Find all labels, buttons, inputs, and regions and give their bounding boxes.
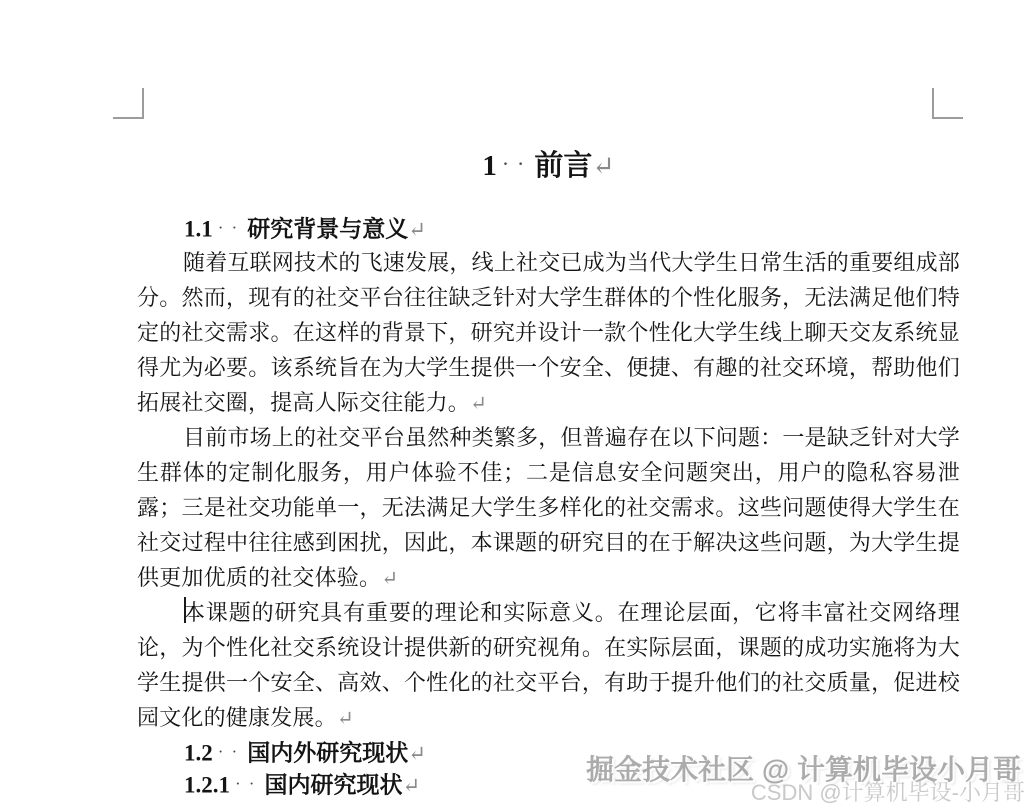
doc-title[interactable]: 1··前言↵ [137, 147, 960, 183]
heading-1-2-1[interactable]: 1.2.1··国内研究现状↵ [184, 769, 420, 801]
heading-1-2[interactable]: 1.2··国内外研究现状↵ [184, 737, 426, 769]
space-marks-icon: ·· [502, 152, 533, 176]
watermark-csdn: CSDN @计算机毕设-小月哥 [751, 776, 1025, 805]
heading-1-1[interactable]: 1.1··研究背景与意义↵ [184, 213, 426, 245]
paragraph-mark-icon: ↵ [381, 568, 398, 590]
space-marks-icon: ·· [235, 774, 263, 793]
doc-title-number: 1 [482, 150, 497, 182]
doc-title-text: 前言 [534, 150, 592, 182]
paragraph-text: 目前市场上的社交平台虽然种类繁多，但普遍存在以下问题：一是缺乏针对大学生群体的定… [137, 425, 960, 590]
paragraph-mark-icon: ↵ [403, 774, 421, 798]
body-paragraph-3[interactable]: 本课题的研究具有重要的理论和实际意义。在理论层面，它将丰富社交网络理论，为个性化… [137, 595, 960, 737]
paragraph-mark-icon: ↵ [470, 393, 487, 415]
document-page[interactable]: 1··前言↵ 1.1··研究背景与意义↵ 随着互联网技术的飞速发展，线上社交已成… [0, 0, 1027, 805]
heading-text: 国内外研究现状 [247, 741, 408, 766]
paragraph-mark-icon: ↵ [408, 742, 426, 766]
heading-number: 1.2.1 [184, 773, 230, 798]
heading-text: 国内研究现状 [265, 773, 403, 798]
page-corner-mark-right [932, 88, 963, 119]
paragraph-mark-icon: ↵ [592, 151, 614, 181]
page-corner-mark-left [113, 88, 144, 119]
heading-text: 研究背景与意义 [247, 217, 408, 242]
paragraph-mark-icon: ↵ [408, 218, 426, 242]
space-marks-icon: ·· [218, 742, 246, 761]
heading-number: 1.1 [184, 217, 213, 242]
paragraph-text: 本课题的研究具有重要的理论和实际意义。在理论层面，它将丰富社交网络理论，为个性化… [137, 600, 960, 730]
paragraph-text: 随着互联网技术的飞速发展，线上社交已成为当代大学生日常生活的重要组成部分。然而，… [137, 250, 960, 415]
space-marks-icon: ·· [218, 218, 246, 237]
body-paragraph-2[interactable]: 目前市场上的社交平台虽然种类繁多，但普遍存在以下问题：一是缺乏针对大学生群体的定… [137, 420, 960, 597]
paragraph-mark-icon: ↵ [337, 708, 354, 730]
body-paragraph-1[interactable]: 随着互联网技术的飞速发展，线上社交已成为当代大学生日常生活的重要组成部分。然而，… [137, 245, 960, 422]
heading-number: 1.2 [184, 741, 213, 766]
